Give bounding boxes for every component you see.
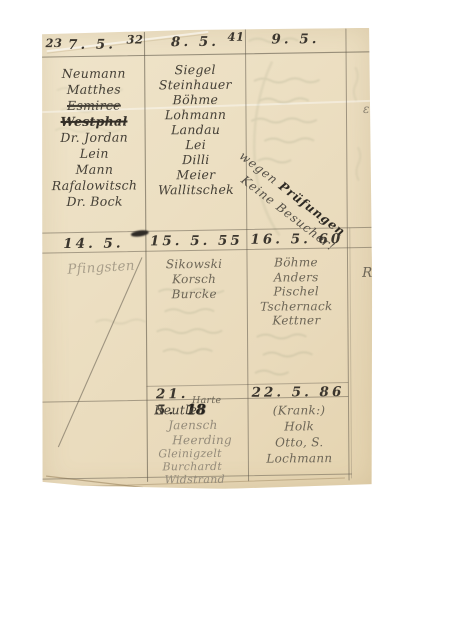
margin-letter-r: R [362, 265, 372, 281]
visitor-list-22-5: (Krank:) Holk Otto, S. Lochmann [253, 402, 345, 467]
visitor-name: Sikowski [166, 257, 223, 272]
visitor-name: Burchardt [162, 460, 222, 473]
visitor-name: Dr. Jordan [60, 130, 128, 146]
date-header-7-5: 7. 5. [39, 36, 144, 53]
visitor-name: Landau [171, 122, 220, 137]
visitor-name: Dr. Bock [66, 194, 122, 210]
date-header-8-5: 8. 5. [144, 34, 245, 51]
visitor-name: Lein [80, 146, 109, 162]
visitor-name: Wallitschek [158, 182, 234, 198]
visitor-name: Böhme [274, 255, 318, 270]
visitor-name: Lochmann [266, 450, 332, 466]
visitor-name: Dilli [182, 152, 210, 167]
visitor-name: Tschernack [260, 299, 333, 314]
visitor-list-7-5: Neumann Matthes Esmirce Westphal Dr. Jor… [46, 65, 143, 210]
visitor-name: Rafalowitsch [52, 177, 138, 194]
visitor-name: Neumann [62, 66, 126, 82]
visitor-name: Pischel [273, 284, 319, 299]
diagonal-strike-line [57, 257, 143, 447]
visitor-name-crossed-out: Westphal [61, 114, 128, 130]
visitor-note-krank: (Krank:) [273, 402, 326, 418]
visitor-name: Kettner [272, 313, 320, 328]
visitor-name: Heerding [172, 433, 232, 447]
date-header-14-5: 14. 5. [41, 235, 146, 252]
visitor-name: Steinhauer [159, 77, 232, 93]
visitor-name: Siegel [175, 62, 216, 77]
date-header-9-5: 9. 5. [245, 31, 345, 48]
visitor-list-21-5: Harte Reutler Jaensch Heerding Gleinigze… [148, 395, 249, 490]
visitor-list-16-5: Böhme Anders Pischel Tschernack Kettner [250, 255, 343, 328]
visitor-list-15-5: Sikowski Korsch Burcke [148, 257, 240, 303]
visitor-name: Holk [284, 418, 314, 434]
visitor-name: Mann [76, 162, 114, 178]
visitor-name: Böhme [173, 92, 219, 107]
date-header-15-5-55: 15. 5. 55 [146, 233, 247, 250]
visitor-name: Burcke [172, 287, 217, 302]
visitor-name: Anders [274, 270, 319, 285]
visitor-name: Gleinigzelt [158, 447, 222, 460]
visitor-name: Widstrand [164, 473, 224, 486]
visitor-name: Reutler [154, 402, 203, 417]
date-header-16-5-60: 16. 5. 60 [247, 231, 347, 248]
paper-sheet: 23 32 41 7. 5. 8. 5. 9. 5. Neumann Matth… [39, 28, 373, 490]
visitor-name: Lei [185, 137, 206, 152]
date-header-22-5-86: 22. 5. 86 [248, 384, 348, 401]
visitor-name-crossed-out: Esmirce [67, 98, 121, 114]
visitor-name: Lohmann [165, 107, 226, 122]
scanned-page: { "colors": { "paper": "#ecdfc2", "scann… [0, 0, 452, 640]
visitor-name: Korsch [172, 272, 216, 287]
visitor-name: Matthes [67, 82, 121, 98]
visitor-name: Otto, S. [275, 434, 323, 450]
visitor-name: Jaensch [168, 418, 218, 432]
visitor-name: Meier [176, 167, 215, 182]
margin-squiggle: ε [363, 102, 370, 116]
